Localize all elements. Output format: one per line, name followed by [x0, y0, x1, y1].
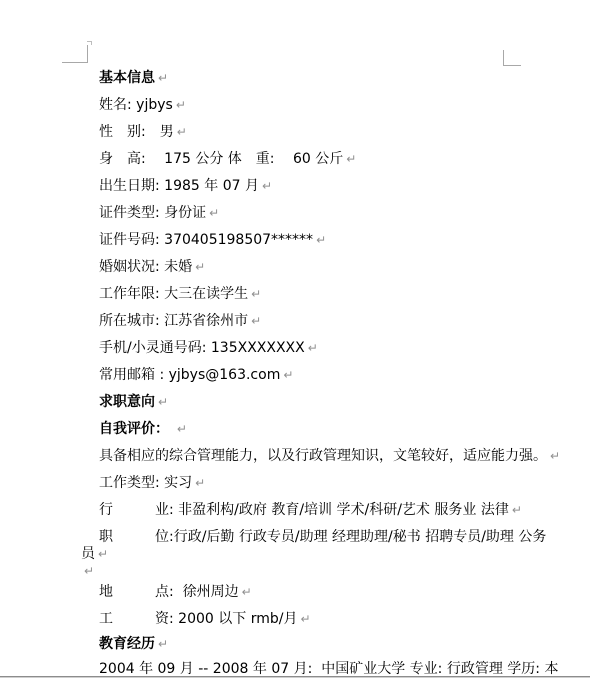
paragraph-mark-icon: ↵: [209, 206, 219, 220]
work-years-line: 工作年限: 大三在读学生↵: [81, 286, 521, 303]
paragraph-mark-icon: ↵: [177, 422, 187, 436]
marital-status-line: 婚姻状况: 未婚↵: [81, 259, 521, 276]
document-text-area[interactable]: 基本信息↵ 姓名: yjbys↵ 性 别: 男↵ 身 高: 175 公分 体 重…: [81, 70, 521, 680]
name-line: 姓名: yjbys↵: [81, 97, 521, 114]
paragraph-mark-icon: ↵: [242, 585, 252, 599]
paragraph-mark-icon: ↵: [316, 233, 326, 247]
paragraph-mark-icon: ↵: [195, 476, 205, 490]
paragraph-mark-icon: ↵: [300, 612, 310, 626]
paragraph-mark-icon: ↵: [177, 125, 187, 139]
height-weight-line: 身 高: 175 公分 体 重: 60 公斤↵: [81, 151, 521, 168]
id-type-line: 证件类型: 身份证↵: [81, 205, 521, 222]
paragraph-mark-icon: ↵: [262, 179, 272, 193]
paragraph-mark-icon: ↵: [346, 152, 356, 166]
work-type-line: 工作类型: 实习↵: [81, 475, 521, 492]
bottom-divider: [0, 676, 590, 678]
basic-info-heading: 基本信息↵: [81, 70, 521, 87]
city-line: 所在城市: 江苏省徐州市↵: [81, 313, 521, 330]
paragraph-mark-icon: ↵: [308, 341, 318, 355]
phone-line: 手机/小灵通号码: 135XXXXXXX↵: [81, 340, 521, 357]
job-intent-heading: 求职意向↵: [81, 394, 521, 411]
paragraph-mark-icon: ↵: [550, 449, 560, 463]
paragraph-mark-icon: ↵: [283, 368, 293, 382]
location-line: 地 点: 徐州周边↵: [81, 584, 521, 601]
paragraph-mark-icon: ↵: [195, 260, 205, 274]
email-line: 常用邮箱 : yjbys@163.com↵: [81, 367, 521, 384]
gender-line: 性 别: 男↵: [81, 124, 521, 141]
margin-mark-small: [87, 41, 92, 45]
salary-line: 工 资: 2000 以下 rmb/月↵: [81, 611, 521, 628]
paragraph-mark-icon: ↵: [251, 314, 261, 328]
paragraph-mark-icon: ↵: [158, 637, 168, 651]
paragraph-mark-icon: ↵: [158, 71, 168, 85]
margin-crop-mark-top-right: [503, 50, 521, 66]
education-heading: 教育经历↵: [81, 636, 521, 653]
empty-line: ↵: [81, 565, 521, 577]
industry-line: 行 业: 非盈利构/政府 教育/培训 学术/科研/艺术 服务业 法律↵: [81, 502, 521, 519]
paragraph-mark-icon: ↵: [176, 98, 186, 112]
margin-crop-mark-top-left: [62, 45, 88, 63]
position-line: 职 位:行政/后勤 行政专员/助理 经理助理/秘书 招聘专员/助理 公务员↵: [81, 529, 521, 563]
self-evaluation-text: 具备相应的综合管理能力，以及行政管理知识，文笔较好，适应能力强。↵: [81, 448, 521, 465]
paragraph-mark-icon: ↵: [251, 287, 261, 301]
self-evaluation-heading: 自我评价： ↵: [81, 421, 521, 438]
id-number-line: 证件号码: 370405198507******↵: [81, 232, 521, 249]
paragraph-mark-icon: ↵: [98, 547, 108, 561]
paragraph-mark-icon: ↵: [84, 564, 94, 578]
birthdate-line: 出生日期: 1985 年 07 月↵: [81, 178, 521, 195]
paragraph-mark-icon: ↵: [158, 395, 168, 409]
paragraph-mark-icon: ↵: [512, 503, 522, 517]
